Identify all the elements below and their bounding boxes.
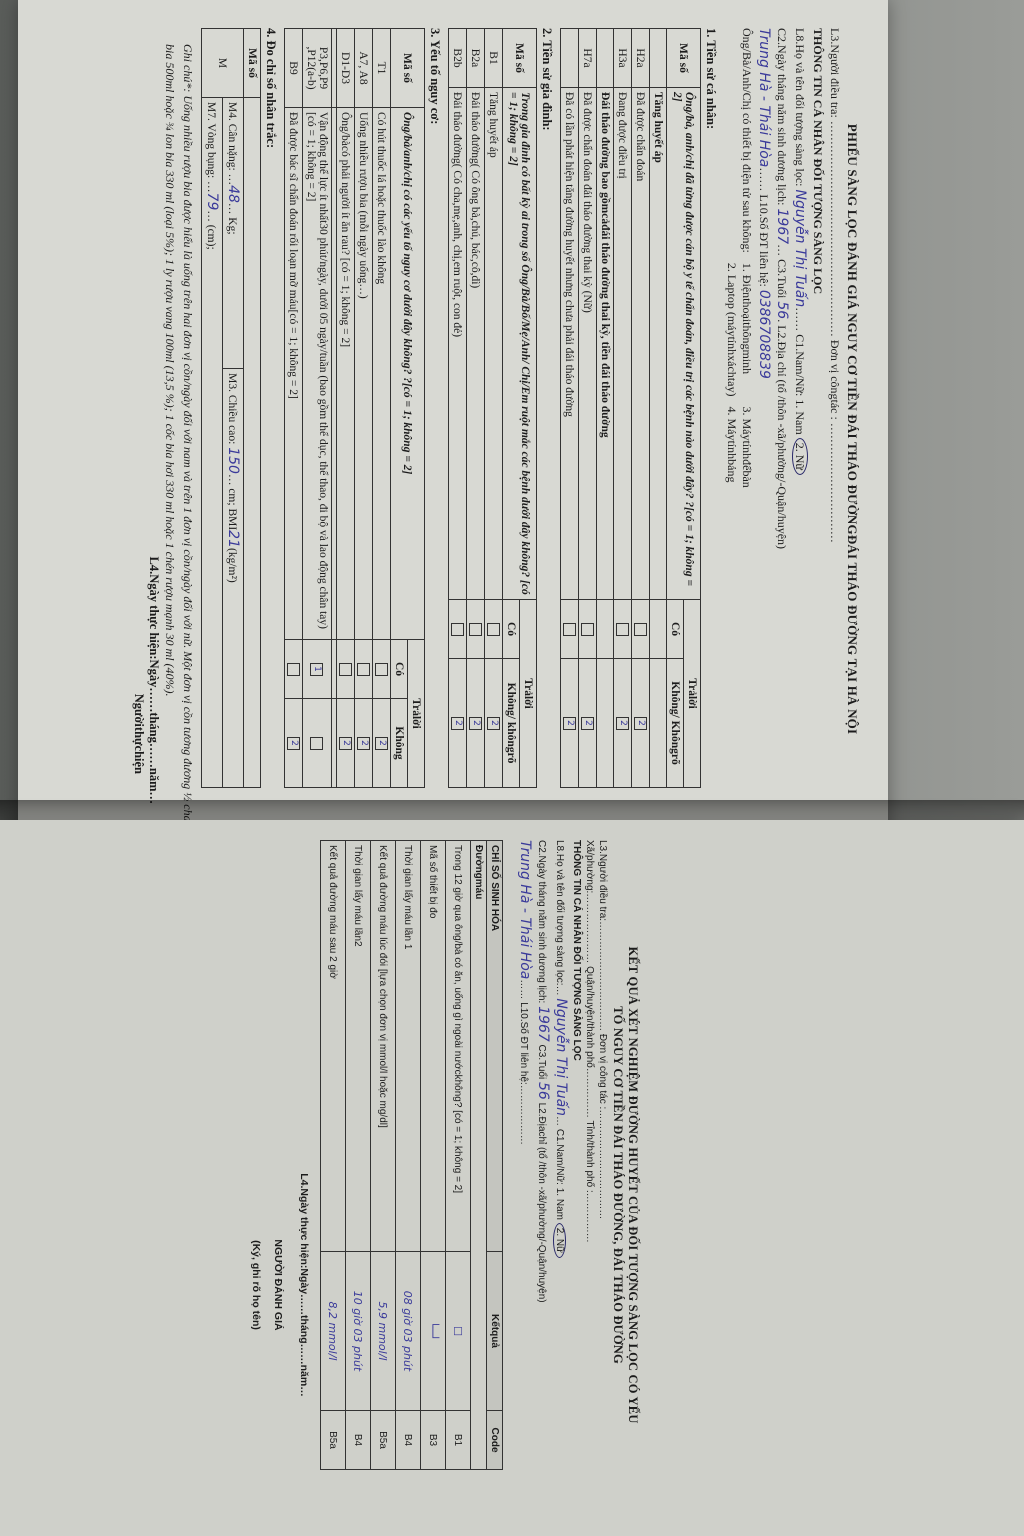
table-row: Thời gian lấy máu lần 108 giờ 03 phútB4 (396, 841, 421, 1470)
col-answer: Trảlời (408, 640, 425, 788)
answer-no-checkbox[interactable]: 2 (634, 717, 647, 730)
c3-label: C3.Tuổi (775, 259, 789, 298)
row-result[interactable]: 08 giờ 03 phút (396, 1252, 421, 1411)
table-row: B2aĐái tháo đường( Có ông bà,chú, bác,cô… (467, 29, 485, 788)
answer-yes-checkbox[interactable] (287, 663, 300, 676)
l8-name-value[interactable]: Nguyễn Thị Tuấn (553, 998, 569, 1116)
col-code: Mã số (391, 29, 425, 108)
row-text: Vận động thể lực ít nhất30 phút/ngày, dư… (303, 108, 332, 640)
m3-height-value[interactable]: 150 (225, 447, 241, 474)
c3-age-value[interactable]: 56 (774, 301, 790, 319)
row-result[interactable]: 5,9 mmol/l (371, 1252, 396, 1411)
row-code (597, 29, 614, 88)
m4-unit: Kg; (226, 217, 238, 234)
section-1-title: 1. Tiền sử cá nhân: (703, 28, 718, 844)
col-no: Không/ khôngrõ (503, 659, 520, 788)
table-row: D1-D3Ông/bàcó phải người ít ăn rau? [có … (337, 29, 355, 788)
biochem-table: CHỈ SỐ SINH HÓA Kếtquả Code Đườngmáu Tro… (320, 840, 503, 1470)
c3-age-value[interactable]: 56 (535, 1082, 551, 1100)
work-unit-label: Đơn vị côngtác : (828, 340, 842, 420)
answer-no-checkbox[interactable]: 2 (357, 737, 370, 750)
row-text: Tăng huyết áp (485, 88, 503, 600)
row-text: Ông/bàcó phải người ít ăn rau? [có = 1; … (337, 108, 355, 640)
l8-label: L8.Họ và tên đối tượng sàng lọc: (793, 28, 807, 187)
row-text: Đái tháo đường( Có ông bà,chú, bác,cô,dì… (467, 88, 485, 600)
table-row: Kết quả đường máu lúc đói [lựa chọn đơn … (371, 841, 396, 1470)
row-result[interactable]: 8,2 mmol/l (321, 1252, 346, 1411)
code-m: M (202, 29, 244, 98)
c1-label: C1.Nam/Nữ: 1. Nam (793, 334, 807, 435)
row-code: T1 (373, 29, 391, 108)
answer-no-checkbox[interactable]: 2 (487, 717, 500, 730)
device-option: 4. Máytínhbảng (724, 406, 739, 487)
screening-form: PHIẾU SÀNG LỌC ĐÁNH GIÁ NGUY CƠ TIỀN ĐÁI… (20, 14, 860, 844)
table-row: B1Tăng huyết áp2 (485, 29, 503, 788)
col-yes: Có (391, 640, 408, 699)
l4-date-label: L4.Ngày thực hiện:Ngày……tháng……năm… (298, 1040, 310, 1530)
row-code (561, 29, 579, 88)
answer-no-checkbox[interactable]: 2 (375, 737, 388, 750)
row-text (332, 108, 337, 640)
col-question: Ông/bà/anh/chị có các yếu tố nguy cơ dướ… (391, 108, 425, 640)
l4-date-label: L4.Ngày thực hiện:Ngày……tháng……năm… (146, 14, 161, 804)
m7-label: M7. Vòng bụng: (205, 102, 217, 178)
table-row: H7aĐã được chẩn đoán đái tháo đường thai… (579, 29, 597, 788)
section-4-title: 4. Đo chỉ số nhân trắc: (263, 28, 278, 844)
form-title-line-2: TỐ NGUY CƠ TIỀN ĐÁI THÁO ĐƯỜNG, ĐÁI THÁO… (610, 840, 625, 1530)
answer-no-checkbox[interactable]: 2 (287, 737, 300, 750)
signer-label: Ngườithựchiện (131, 14, 146, 774)
row-item: Kết quả đường máu lúc đói [lựa chọn đơn … (371, 841, 396, 1252)
l3-label: L3.Người điều tra: (828, 28, 842, 118)
m4-label: M4. Cân nặng: (226, 102, 238, 171)
table-row: Thời gian lấy máu lần210 giờ 03 phútB4 (346, 841, 371, 1470)
table-row: H3aĐang được điều trị2 (614, 29, 632, 788)
bmi-value[interactable]: 21 (225, 530, 241, 548)
c2-birth-year-value[interactable]: 1967 (535, 1006, 551, 1042)
family-history-table: Mã số Trong gia đình có bất kỳ ai trong … (448, 28, 537, 788)
row-code: H3a (614, 29, 632, 88)
table-row: Đái tháo đường bao gồmcảđái tháo đường t… (597, 29, 614, 788)
table-row: H2aĐã được chẩn đoán2 (632, 29, 650, 788)
l2-address-value[interactable]: Trung Hà - Thái Hòa (756, 28, 772, 167)
row-text: Đã được chẩn đoán (632, 88, 650, 600)
m4-weight-value[interactable]: 48 (225, 185, 241, 203)
work-unit-label: Đơn vị công tác : (597, 1034, 608, 1109)
group-blood-glucose: Đườngmáu (471, 841, 487, 1470)
c1-selected-gender[interactable]: 2. Nữ (792, 438, 808, 475)
answer-no-checkbox[interactable]: 2 (339, 737, 352, 750)
signer-note: (Ký, ghi rõ họ tên) (250, 1040, 262, 1530)
answer-no-checkbox[interactable]: 2 (563, 717, 576, 730)
row-item: Trong 12 giờ qua ông/bà có ăn, uống gì n… (446, 841, 471, 1252)
section-personal-info: THÔNG TIN CÁ NHÂN ĐỐI TƯỢNG SÀNG LỌC (810, 28, 825, 844)
answer-yes-checkbox[interactable] (487, 623, 500, 636)
answer-yes-checkbox[interactable] (357, 663, 370, 676)
row-text: Tăng huyết áp (650, 88, 667, 600)
answer-yes-checkbox[interactable] (451, 623, 464, 636)
row-code: H2a (632, 29, 650, 88)
answer-yes-checkbox[interactable] (581, 623, 594, 636)
l8-name-value[interactable]: Nguyễn Thị Tuấn (792, 190, 808, 308)
table-row: A7, A8Uống nhiều rượu bia (mỗi ngày uống… (355, 29, 373, 788)
row-code: B5a (371, 1411, 396, 1470)
device-option: 3. Máytínhđểbàn (739, 406, 754, 487)
m3-unit: cm; (226, 488, 238, 505)
table-row: Trong 12 giờ qua ông/bà có ăn, uống gì n… (446, 841, 471, 1470)
row-result[interactable]: └─┘ (421, 1252, 446, 1411)
m3-label: M3. Chiều cao: (226, 373, 238, 444)
row-text: Đã được chẩn đoán đái tháo đường thai kỳ… (579, 88, 597, 600)
row-text: Đã được bác sĩ chẩn đoán rối loạn mỡ máu… (285, 108, 303, 640)
row-code: P3,P6,P9 ,P12(a-b) (303, 29, 332, 108)
l2-label: L2.Địachỉ (tổ /thôn -xã/phường/-Quận/huy… (536, 1103, 547, 1303)
form-title-line-1: KẾT QUẢ XÉT NGHIỆM ĐƯỜNG HUYẾT CỦA ĐỐI T… (625, 840, 640, 1530)
answer-yes-checkbox[interactable] (634, 623, 647, 636)
table-row: P3,P6,P9 ,P12(a-b)Vận động thể lực ít nh… (303, 29, 332, 788)
col-answer: Trảlời (520, 600, 537, 788)
answer-yes-checkbox[interactable] (339, 663, 352, 676)
row-code: B3 (421, 1411, 446, 1470)
blood-glucose-form: KẾT QUẢ XÉT NGHIỆM ĐƯỜNG HUYẾT CỦA ĐỐI T… (40, 840, 640, 1530)
row-code: B2b (449, 29, 467, 88)
section-2-title: 2. Tiền sử gia đình: (539, 28, 554, 844)
col-code: Mã số (503, 29, 537, 88)
device-option: 2. Laptop (máytínhxáchtay) (724, 263, 739, 397)
table-row: Kết quả đường máu sau 2 giờ8,2 mmol/lB5a (321, 841, 346, 1470)
answer-yes-checkbox[interactable] (563, 623, 576, 636)
col-question: Trong gia đình có bất kỳ ai trong số Ông… (503, 88, 537, 600)
answer-yes-checkbox[interactable] (469, 623, 482, 636)
row-code: B1 (446, 1411, 471, 1470)
col-no: Không (391, 699, 408, 788)
section-personal-info: THÔNG TIN CÁ NHÂN ĐỐI TƯỢNG SÀNG LỌC (571, 840, 582, 1530)
col-code: Code (487, 1411, 503, 1470)
district-label: Quận/huyện/thành phố (584, 966, 595, 1068)
answer-no-checkbox[interactable]: 2 (581, 717, 594, 730)
l2-address-value[interactable]: Trung Hà - Thái Hòa (517, 840, 533, 979)
c2-birth-year-value[interactable]: 1967 (774, 209, 790, 245)
table-row (332, 29, 337, 788)
c3-label: C3.Tuổi (536, 1045, 547, 1080)
l10-label: L10.Số ĐT liên hệ: (757, 194, 771, 286)
l3-label: L3.Người điều tra: (597, 840, 608, 921)
c2-label: C2.Ngày tháng năm sinh dương lịch: (775, 28, 789, 206)
province-label: Tỉnh/thành phố : (584, 1120, 595, 1192)
col-yes: Có (667, 600, 684, 659)
row-code: B5a (321, 1411, 346, 1470)
row-code: B1 (485, 29, 503, 88)
answer-yes-checkbox[interactable] (616, 623, 629, 636)
answer-no-checkbox[interactable]: 2 (616, 717, 629, 730)
device-option: 1. Điệnthoạithôngminh (739, 263, 754, 397)
col-result: Kếtquả (487, 1252, 503, 1411)
row-text: Uống nhiều rượu bia (mỗi ngày uống…) (355, 108, 373, 640)
bmi-unit: (kg/m²) (226, 548, 238, 583)
col-question: Ông/bà, anh/chị đã từng được cán bộ y tế… (667, 88, 701, 600)
col-answer: Trảlời (684, 600, 701, 788)
row-code: B4 (396, 1411, 421, 1470)
row-item: Thời gian lấy máu lần2 (346, 841, 371, 1252)
row-code: B2a (467, 29, 485, 88)
c1-label: C1.Nam/Nữ: 1. Nam (554, 1129, 565, 1220)
row-item: Thời gian lấy máu lần 1 (396, 841, 421, 1252)
form-title: PHIẾU SÀNG LỌC ĐÁNH GIÁ NGUY CƠ TIỀN ĐÁI… (844, 14, 860, 844)
answer-no-checkbox[interactable] (311, 737, 324, 750)
table-row: B2bĐái tháo đường( Có cha,mẹ,anh, chị,em… (449, 29, 467, 788)
table-row: B9Đã được bác sĩ chẩn đoán rối loạn mỡ m… (285, 29, 303, 788)
row-text: Đang được điều trị (614, 88, 632, 600)
l8-label: L8.Họ và tên đối tượng sàng lọc: (554, 840, 565, 986)
col-no: Không/ Khôngrõ (667, 659, 684, 788)
m7-waist-value[interactable]: 79 (204, 193, 220, 211)
bmi-label: BMI (226, 508, 238, 530)
device-question: Ông/Bà/Anh/Chị có thiết bị điện tử sau k… (724, 28, 754, 253)
row-text: Đã có lần phát hiện tăng đường huyết như… (561, 88, 579, 600)
l10-label: L10.Số ĐT liên hệ: (518, 1002, 529, 1085)
col-yes: Có (503, 600, 520, 659)
section-3-title: 3. Yếu tố nguy cơ: (427, 28, 442, 844)
ward-label: Xã/phường: (584, 840, 595, 893)
table-row: Đã có lần phát hiện tăng đường huyết như… (561, 29, 579, 788)
table-row: T1Có hút thuốc lá hoặc thuốc lào không2 (373, 29, 391, 788)
row-code (332, 29, 337, 108)
row-text: Đái tháo đường( Có cha,mẹ,anh, chị,em ru… (449, 88, 467, 600)
answer-yes-checkbox[interactable] (375, 663, 388, 676)
col-item: CHỈ SỐ SINH HÓA (487, 841, 503, 1252)
answer-no-checkbox[interactable]: 2 (451, 717, 464, 730)
personal-history-table: Mã số Ông/bà, anh/chị đã từng được cán b… (560, 28, 701, 788)
l2-label: L2.Địa chỉ (tổ /thôn -xã/phường/-Quận/hu… (775, 325, 789, 549)
footnote-alcohol: Ghi chú*: Uống nhiều rượu bia được hiểu … (161, 44, 197, 830)
row-item: Mã số thiết bị đo (421, 841, 446, 1252)
col-code: Mã số (667, 29, 701, 88)
c1-selected-gender[interactable]: 2. Nữ (553, 1223, 566, 1258)
c2-label: C2.Ngày tháng năm sinh dương lịch: (536, 840, 547, 1003)
risk-factors-table: Mã số Ông/bà/anh/chị có các yếu tố nguy … (284, 28, 425, 788)
table-row: Mã số thiết bị đo└─┘B3 (421, 841, 446, 1470)
answer-no-checkbox[interactable]: 2 (469, 717, 482, 730)
row-text: Có hút thuốc lá hoặc thuốc lào không (373, 108, 391, 640)
row-result[interactable]: 10 giờ 03 phút (346, 1252, 371, 1411)
row-code: A7, A8 (355, 29, 373, 108)
signer-label: NGƯỜI ĐÁNH GIÁ (272, 1040, 284, 1530)
row-result[interactable]: ☐ (446, 1252, 471, 1411)
row-item: Kết quả đường máu sau 2 giờ (321, 841, 346, 1252)
anthropometric-table: Mã số M M4. Cân nặng: …48… Kg; M3. Chiều… (201, 28, 261, 788)
answer-yes-checkbox[interactable]: 1 (311, 663, 324, 676)
table-row: Tăng huyết áp (650, 29, 667, 788)
row-code (650, 29, 667, 88)
m7-unit: (cm); (205, 225, 217, 250)
row-code: H7a (579, 29, 597, 88)
row-code: B9 (285, 29, 303, 108)
row-code: D1-D3 (337, 29, 355, 108)
col-code: Mã số (244, 29, 261, 98)
l10-phone-value[interactable]: 0386708839 (756, 290, 772, 379)
row-code: B4 (346, 1411, 371, 1470)
row-text: Đái tháo đường bao gồmcảđái tháo đường t… (597, 88, 614, 600)
